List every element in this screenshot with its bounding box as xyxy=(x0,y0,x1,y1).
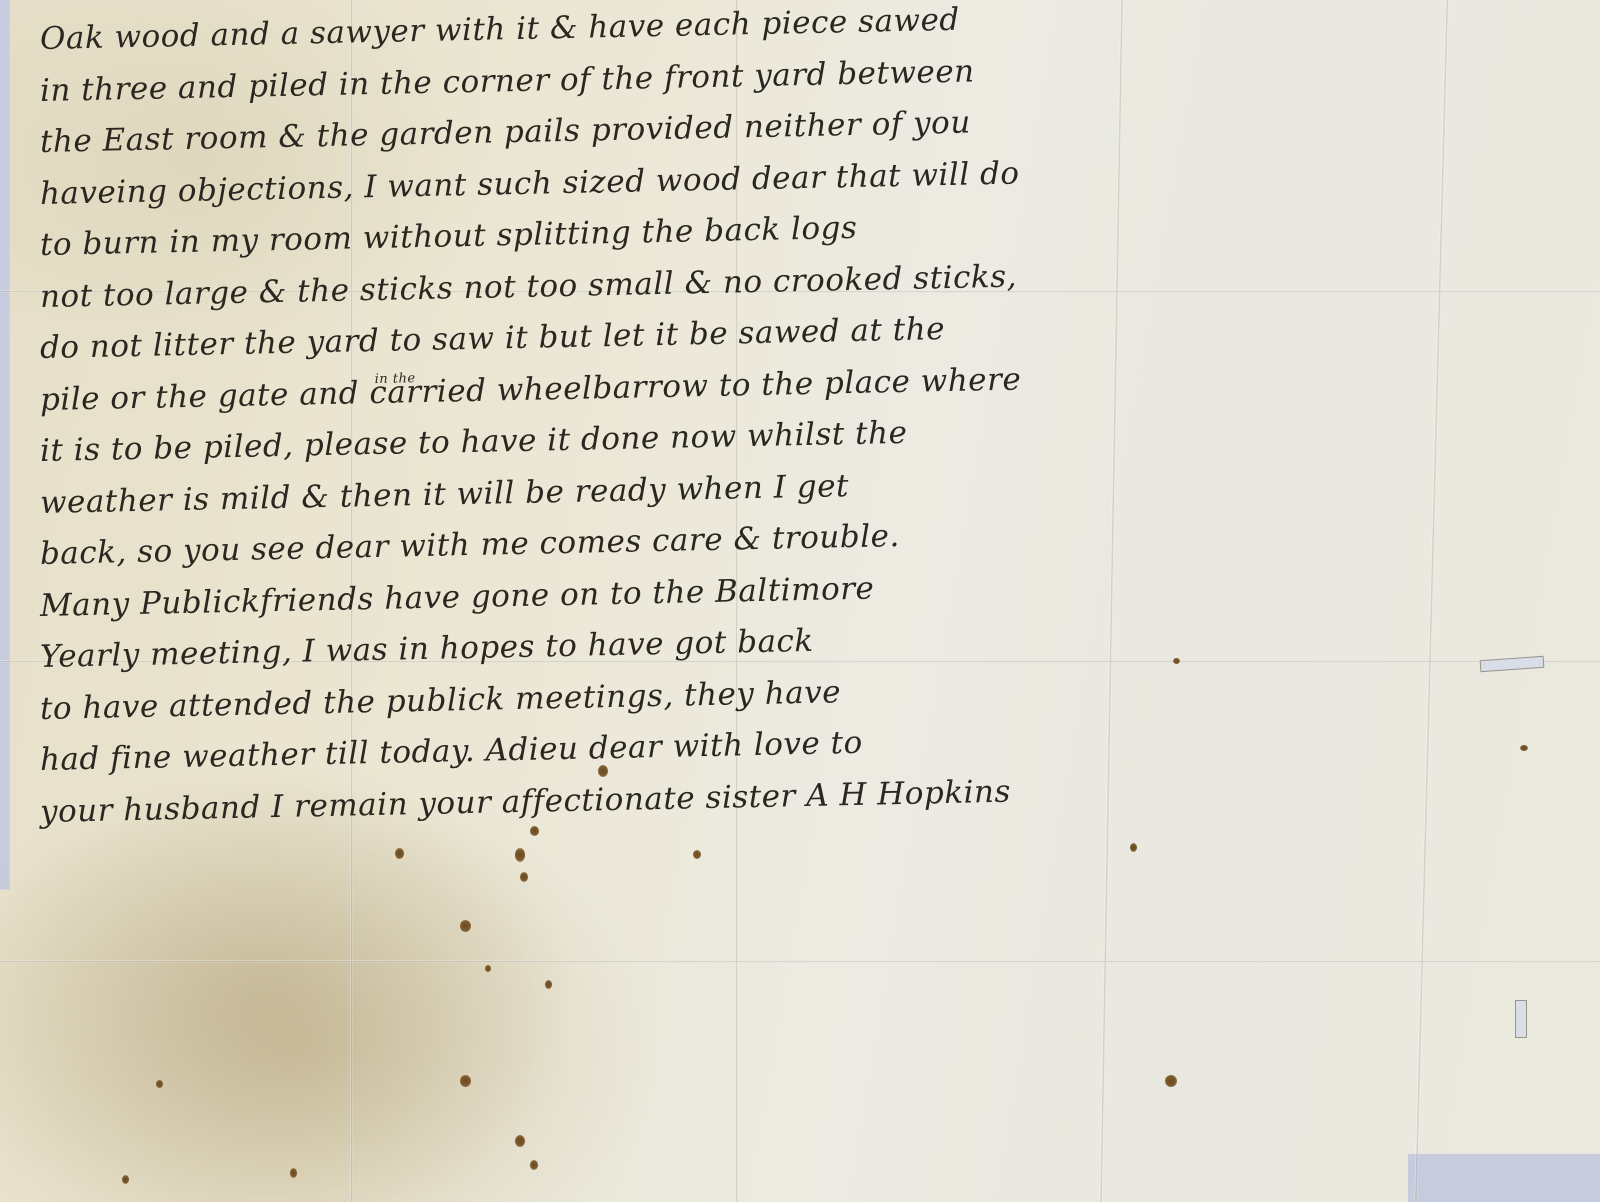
photo-stage: Oak wood and a sawyer with it & have eac… xyxy=(0,0,1600,1202)
interlinear-insertion: in the xyxy=(374,353,416,405)
letter-text: Oak wood and a sawyer with it & have eac… xyxy=(40,14,1080,838)
